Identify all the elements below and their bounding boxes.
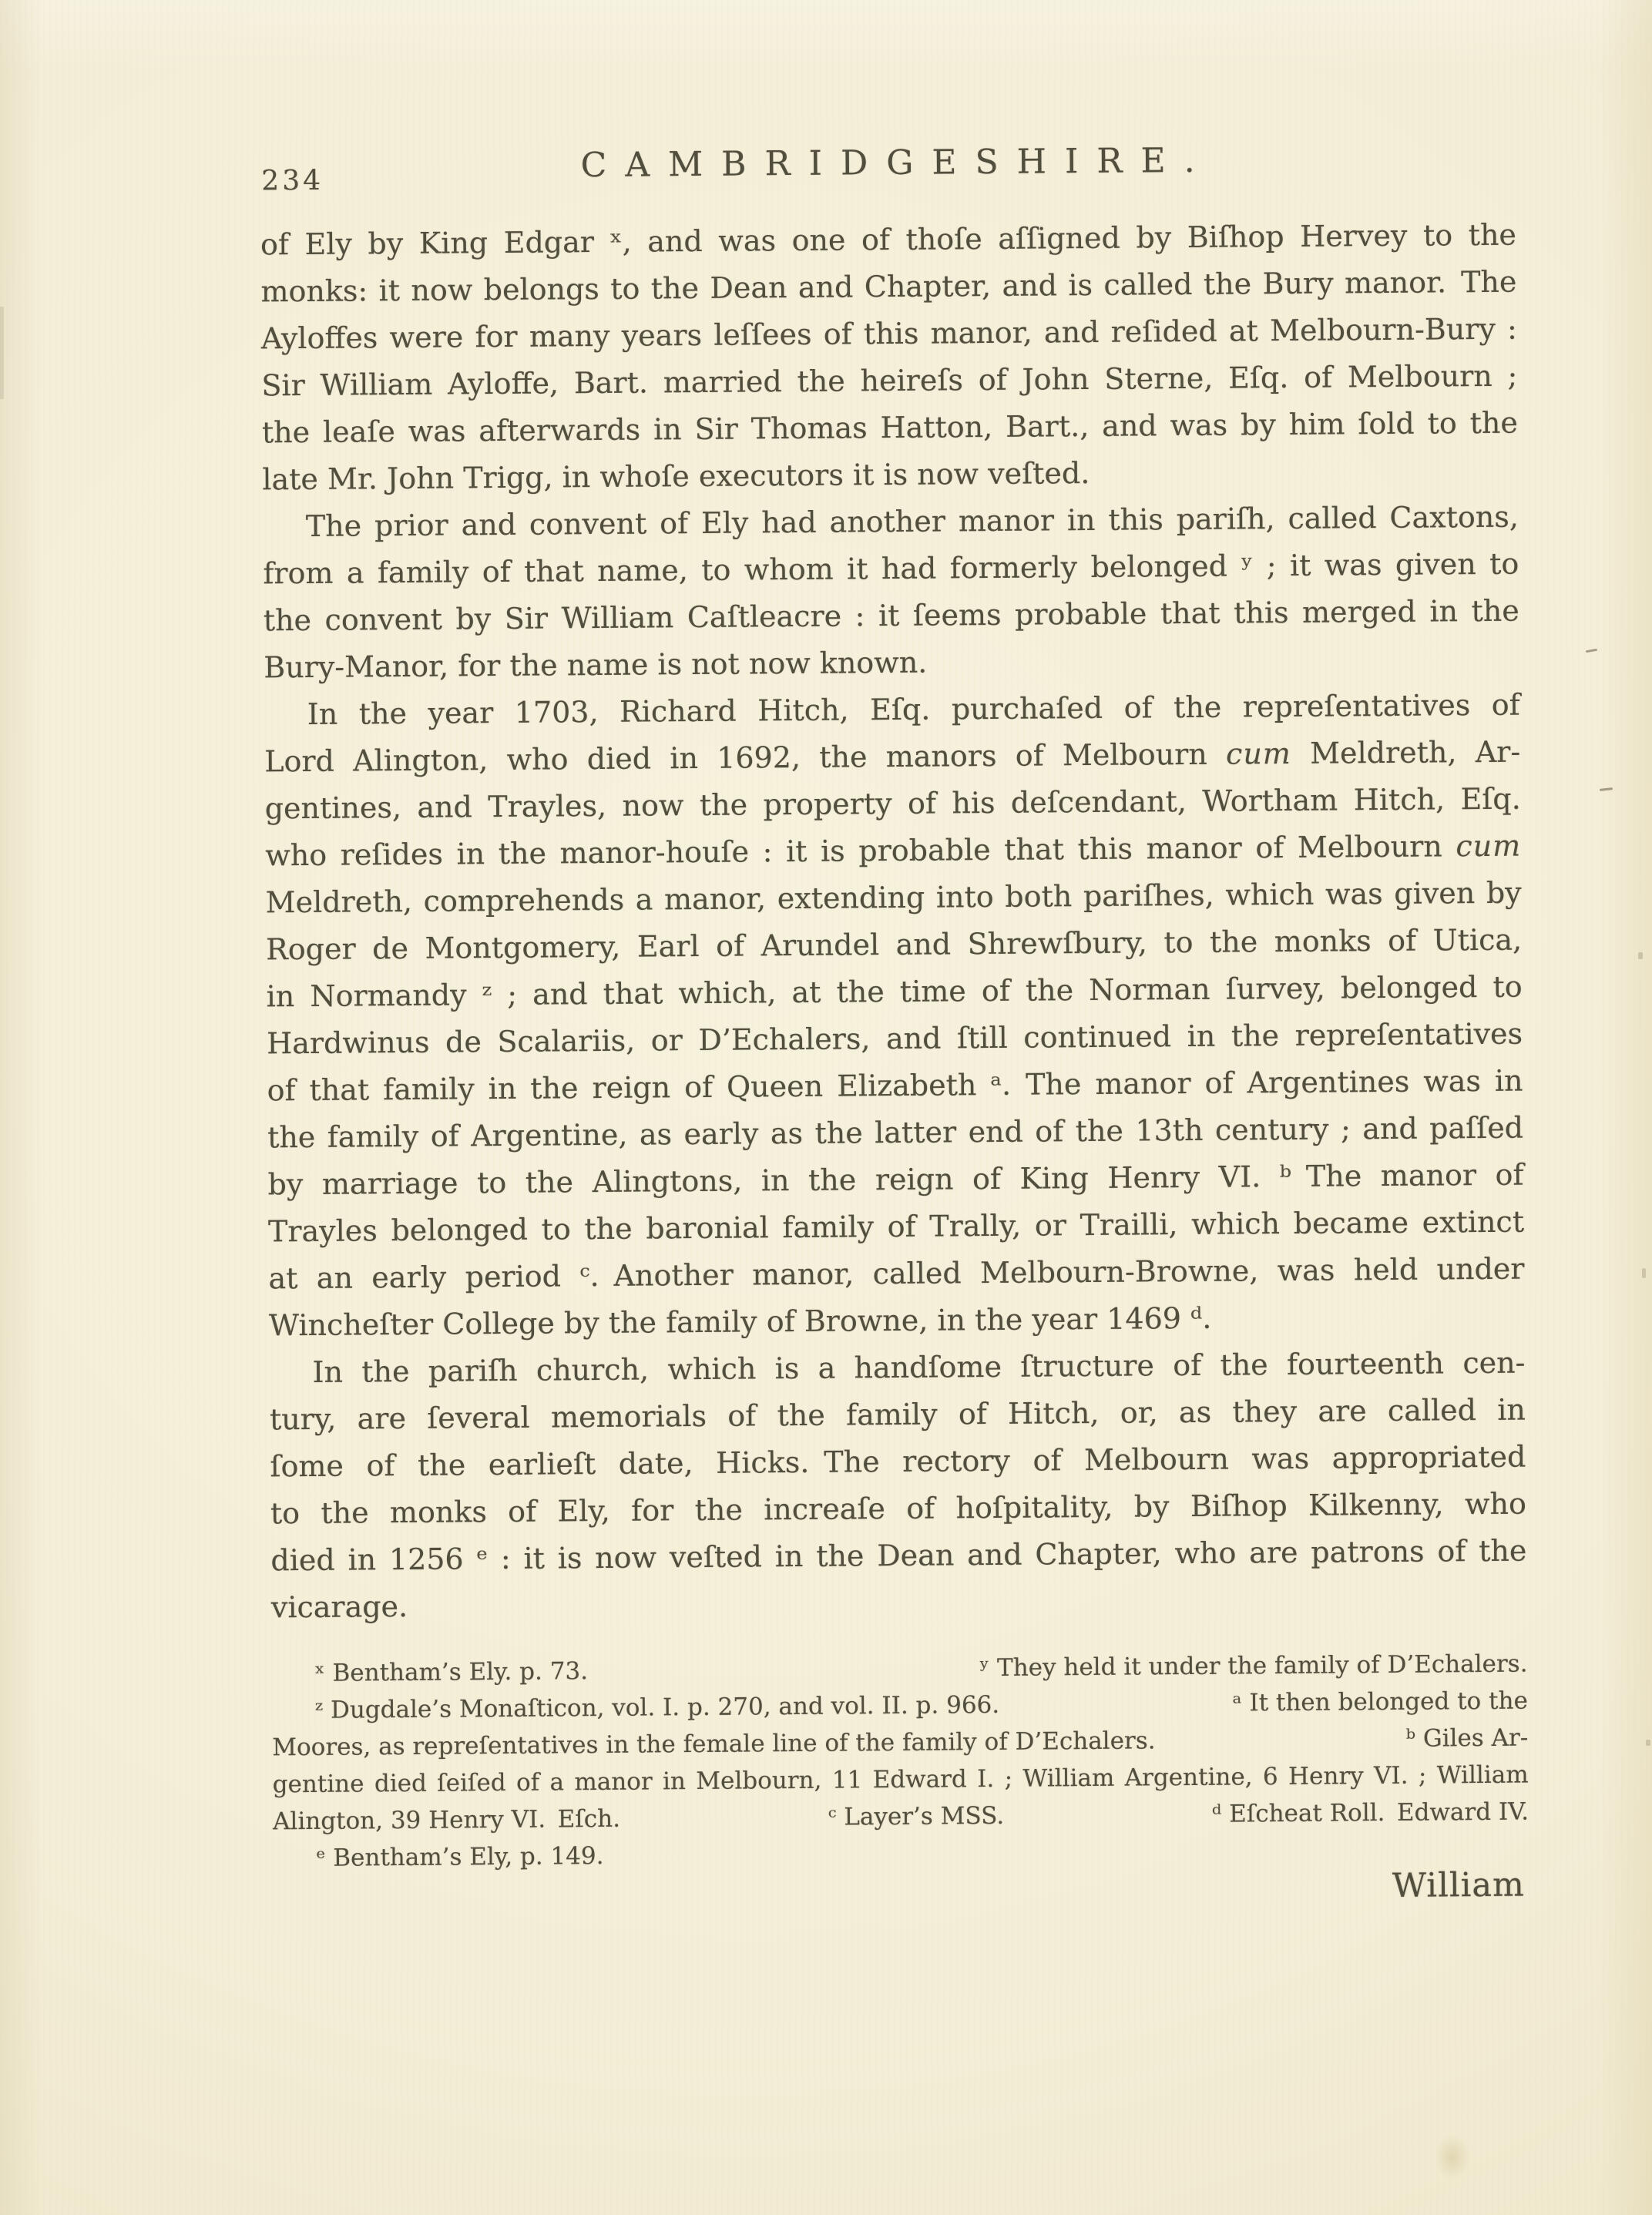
footnote-segment: ᵈ Eſcheat Roll. Edward IV. bbox=[1212, 1794, 1529, 1833]
text-line: the leaſe was afterwards in Sir Thomas H… bbox=[262, 400, 1518, 457]
text-line: vicarage. bbox=[271, 1575, 1527, 1632]
footnote-segment: ᵃ It then belonged to the bbox=[1232, 1683, 1528, 1722]
footnote-segment: ᶜ Layer’s MSS. bbox=[828, 1797, 1005, 1836]
italic-word: cum bbox=[1226, 737, 1291, 771]
text-line: died in 1256 ᵉ : it is now veſted in the… bbox=[270, 1528, 1526, 1585]
page-content: 234 CAMBRIDGESHIRE. of Ely by King Edgar… bbox=[259, 0, 1533, 2215]
catchword: William bbox=[1392, 1866, 1525, 1905]
running-title: CAMBRIDGESHIRE. bbox=[260, 139, 1516, 188]
scanned-book-page: 234 CAMBRIDGESHIRE. of Ely by King Edgar… bbox=[0, 0, 1652, 2215]
paper-blotch bbox=[1435, 2134, 1470, 2180]
text-line: at an early period ᶜ. Another manor, cal… bbox=[268, 1246, 1524, 1303]
scan-mark bbox=[1638, 952, 1643, 959]
scan-mark bbox=[1586, 649, 1597, 653]
footnote-section: ˣ Bentham’s Ely. p. 73.ʸ They held it un… bbox=[271, 1646, 1529, 1878]
footnote-segment: Alington, 39 Henry VI. Eſch. bbox=[273, 1801, 620, 1841]
scan-mark bbox=[0, 307, 4, 399]
scan-mark bbox=[1600, 787, 1613, 791]
text-line: the convent by Sir William Caſtleacre : … bbox=[264, 588, 1519, 645]
footnote-segment: ˣ Bentham’s Ely. p. 73. bbox=[271, 1653, 588, 1692]
italic-word: cum bbox=[1456, 829, 1521, 864]
scan-mark bbox=[1646, 1740, 1650, 1746]
body-text: of Ely by King Edgar ˣ, and was one of t… bbox=[260, 212, 1527, 1632]
footnote-segment: ᶻ Dugdale’s Monaſticon, vol. I. p. 270, … bbox=[272, 1686, 1000, 1729]
footnote-segment: ʸ They held it under the family of D’Ech… bbox=[979, 1646, 1528, 1687]
footnote-segment: ᵇ Giles Ar- bbox=[1405, 1720, 1528, 1757]
scan-mark bbox=[1642, 1268, 1646, 1278]
